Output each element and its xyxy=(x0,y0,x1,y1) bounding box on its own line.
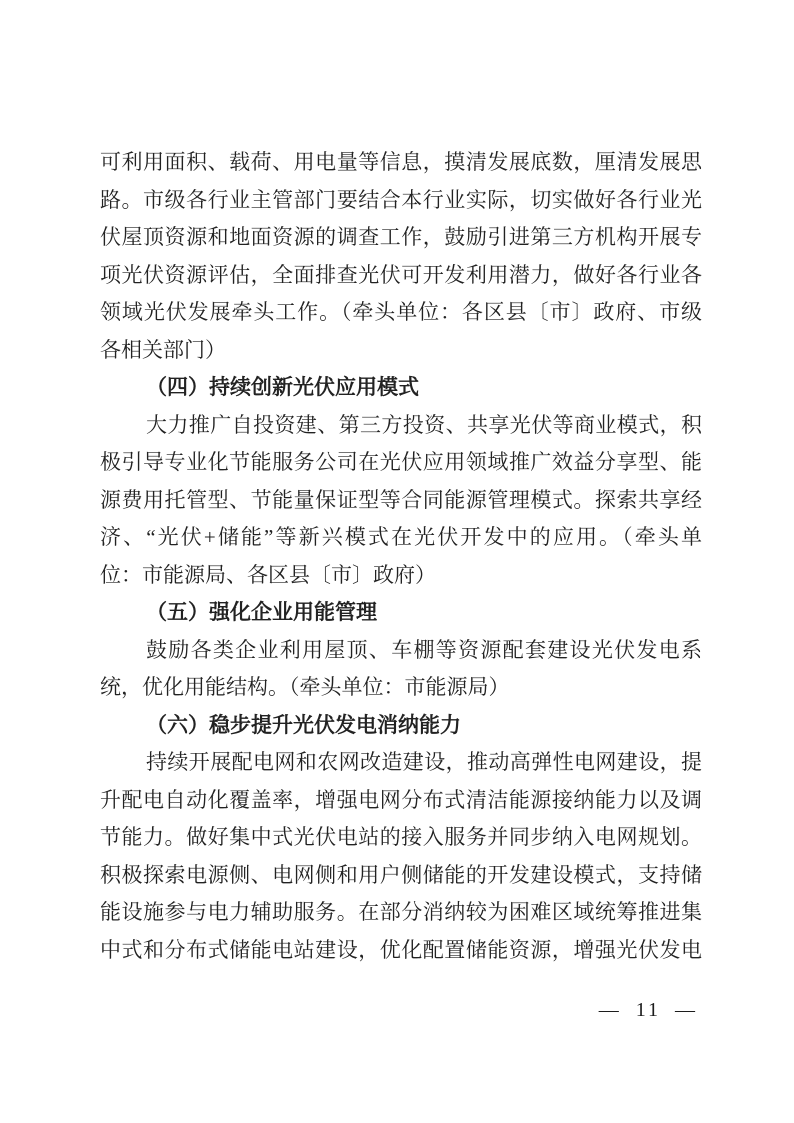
text-line: 路。市级各行业主管部门要结合本行业实际，切实做好各行业光 xyxy=(100,182,702,220)
text-line: 统，优化用能结构。（牵头单位：市能源局） xyxy=(100,669,702,707)
text-line: 中式和分布式储能电站建设，优化配置储能资源，增强光伏发电 xyxy=(100,932,702,970)
section-heading-6: （六）稳步提升光伏发电消纳能力 xyxy=(100,707,702,745)
text-line: 伏屋顶资源和地面资源的调查工作，鼓励引进第三方机构开展专 xyxy=(100,219,702,257)
text-line: 能设施参与电力辅助服务。在部分消纳较为困难区域统筹推进集 xyxy=(100,894,702,932)
text-line: 济、“光伏+储能”等新兴模式在光伏开发中的应用。（牵头单 xyxy=(100,519,702,557)
section-heading-4: （四）持续创新光伏应用模式 xyxy=(100,369,702,407)
text-line: 大力推广自投资建、第三方投资、共享光伏等商业模式，积 xyxy=(100,407,702,445)
document-body: 可利用面积、载荷、用电量等信息，摸清发展底数，厘清发展思 路。市级各行业主管部门… xyxy=(100,144,702,969)
text-line: 积极探索电源侧、电网侧和用户侧储能的开发建设模式，支持储 xyxy=(100,857,702,895)
text-line: 源费用托管型、节能量保证型等合同能源管理模式。探索共享经 xyxy=(100,482,702,520)
text-line: 鼓励各类企业利用屋顶、车棚等资源配套建设光伏发电系 xyxy=(100,632,702,670)
text-line: 项光伏资源评估，全面排查光伏可开发利用潜力，做好各行业各 xyxy=(100,257,702,295)
text-line: 升配电自动化覆盖率，增强电网分布式清洁能源接纳能力以及调 xyxy=(100,782,702,820)
section-heading-5: （五）强化企业用能管理 xyxy=(100,594,702,632)
text-line: 各相关部门） xyxy=(100,332,702,370)
text-line: 持续开展配电网和农网改造建设，推动高弹性电网建设，提 xyxy=(100,744,702,782)
text-line: 节能力。做好集中式光伏电站的接入服务并同步纳入电网规划。 xyxy=(100,819,702,857)
text-line: 位：市能源局、各区县〔市〕政府） xyxy=(100,557,702,595)
text-line: 领域光伏发展牵头工作。（牵头单位：各区县〔市〕政府、市级 xyxy=(100,294,702,332)
text-line: 极引导专业化节能服务公司在光伏应用领域推广效益分享型、能 xyxy=(100,444,702,482)
document-page: 可利用面积、载荷、用电量等信息，摸清发展底数，厘清发展思 路。市级各行业主管部门… xyxy=(0,0,794,1123)
text-line: 可利用面积、载荷、用电量等信息，摸清发展底数，厘清发展思 xyxy=(100,144,702,182)
page-number: — 11 — xyxy=(599,998,698,1022)
